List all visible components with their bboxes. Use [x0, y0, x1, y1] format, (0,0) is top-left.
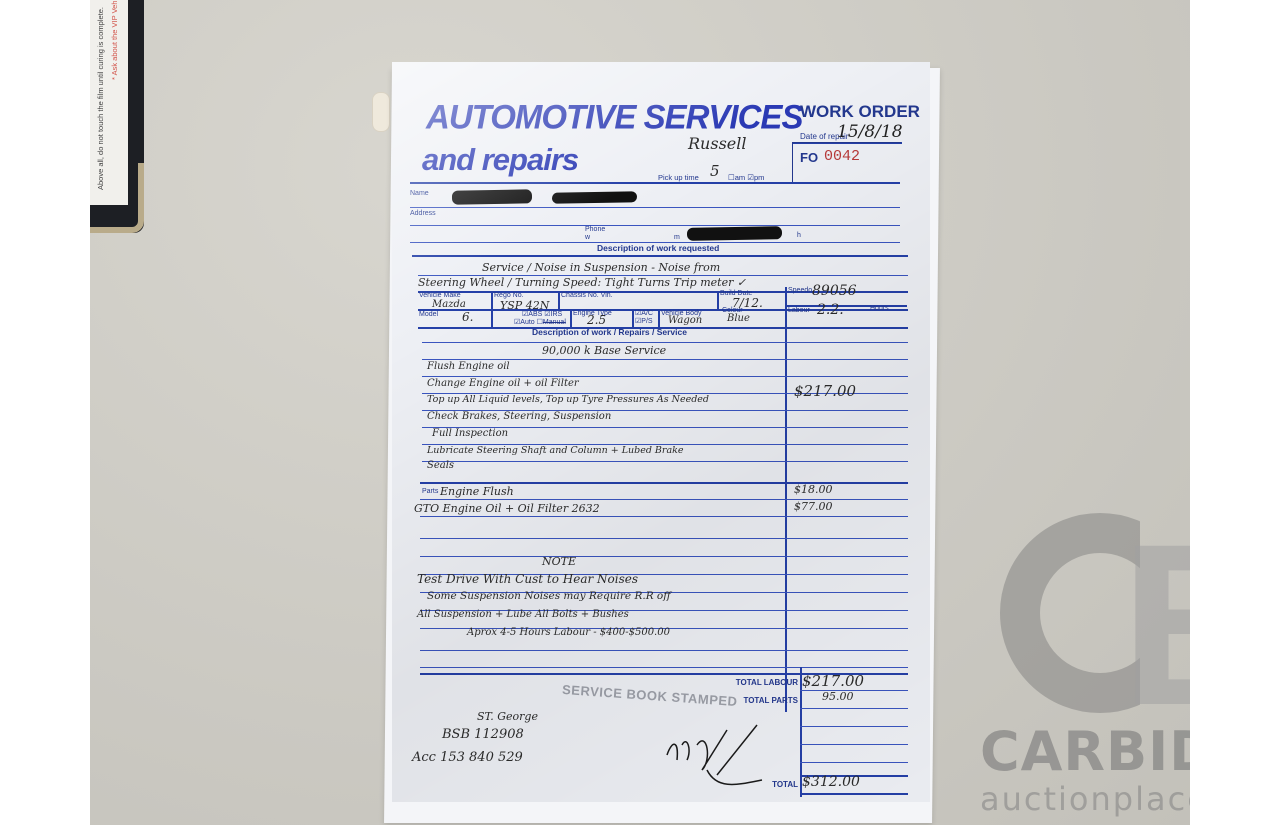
- redacted-name: [452, 189, 532, 204]
- hours-label: Hours: [870, 305, 889, 312]
- work-requested-line: Service / Noise in Suspension - Noise fr…: [482, 261, 720, 274]
- work-line: Change Engine oil + oil Filter: [427, 378, 579, 389]
- pickup-label: Pick up time: [658, 173, 699, 182]
- binder-corner: [90, 163, 144, 233]
- model-label: Model: [419, 311, 438, 318]
- pickup-ampm: ☐am ☑pm: [728, 173, 764, 182]
- divider: [800, 744, 908, 745]
- work-line: Seals: [427, 460, 454, 471]
- ruled-line: [422, 376, 908, 377]
- part-amount: $77.00: [794, 500, 833, 513]
- divider: [658, 309, 660, 327]
- divider: [800, 708, 908, 709]
- divider: [800, 793, 908, 795]
- tape-curl: [372, 92, 390, 132]
- ruled-line: [422, 461, 908, 462]
- address-label: Address: [410, 210, 436, 217]
- bank-name: ST. George: [477, 710, 538, 723]
- work-line: Check Brakes, Steering, Suspension: [427, 411, 611, 422]
- divider: [410, 225, 900, 226]
- pm-label: pm: [754, 173, 764, 182]
- b-logo-icon: B: [1120, 510, 1190, 740]
- divider: [410, 182, 900, 184]
- ps-label: P/S: [641, 318, 652, 325]
- ruled-line: [420, 556, 908, 557]
- redacted-surname: [552, 191, 637, 203]
- phone-m-label: m: [674, 234, 680, 241]
- pm-checkbox-icon: ☑: [747, 173, 754, 182]
- note-line: All Suspension + Lube All Bolts + Bushes: [417, 609, 629, 620]
- transmission-options: ☑Auto ☐Manual: [514, 318, 566, 326]
- ruled-line: [422, 342, 908, 343]
- part-amount: $18.00: [794, 483, 833, 496]
- fo-label: FO: [800, 150, 818, 165]
- ruled-line: [420, 516, 908, 517]
- divider: [800, 762, 908, 763]
- divider: [410, 207, 900, 208]
- vehicle-make-label: Vehicle Make: [419, 292, 461, 299]
- phone-h-label: h: [797, 232, 801, 239]
- speedo-value: 89056: [812, 283, 857, 299]
- watermark-brand: CARBIDS: [980, 720, 1190, 783]
- fo-number: 0042: [824, 148, 860, 165]
- binder: Above all, do not touch the film until c…: [90, 0, 144, 233]
- note-title: NOTE: [542, 555, 576, 568]
- pickup-value: 5: [710, 162, 720, 180]
- total-labour-value: $217.00: [802, 672, 864, 690]
- part-desc: GTO Engine Oil + Oil Filter 2632: [414, 502, 600, 515]
- ruled-line: [420, 667, 908, 668]
- work-line: Full Inspection: [432, 428, 508, 439]
- work-amount: $217.00: [794, 382, 856, 400]
- vehicle-body-value: Wagon: [668, 315, 702, 326]
- work-requested-title: Description of work requested: [597, 243, 719, 253]
- total-value: $312.00: [802, 774, 860, 790]
- name-label: Name: [410, 190, 429, 197]
- am-label: am: [735, 173, 745, 182]
- irs-label: IRS: [551, 311, 563, 318]
- date-value: 15/8/18: [837, 122, 903, 142]
- bank-account: Acc 153 840 529: [412, 750, 523, 765]
- divider: [570, 309, 572, 327]
- divider: [420, 482, 908, 484]
- note-line: Some Suspension Noises may Require R.R o…: [427, 590, 671, 602]
- work-requested-line: Steering Wheel / Turning Speed: Tight Tu…: [418, 276, 746, 289]
- bank-bsb: BSB 112908: [442, 727, 524, 742]
- doc-type: WORK ORDER: [800, 102, 920, 122]
- total-parts-value: 95.00: [822, 690, 854, 703]
- divider: [558, 291, 560, 309]
- signature-icon: [657, 700, 767, 790]
- phone-label: Phone: [585, 226, 605, 233]
- model-value: 6.: [462, 310, 473, 324]
- ac-ps-options: ☑A/C ☑P/S: [635, 310, 653, 326]
- phone-w-label: w: [585, 234, 590, 241]
- part-desc: Engine Flush: [440, 485, 514, 498]
- divider: [800, 726, 908, 727]
- ruled-line: [420, 538, 908, 539]
- fingerprint-c-logo-icon: [1000, 513, 1190, 713]
- top-signature: Russell: [688, 134, 746, 153]
- ac-label: A/C: [641, 310, 653, 317]
- company-title: AUTOMOTIVE SERVICES: [426, 97, 802, 137]
- work-title: Description of work / Repairs / Service: [532, 327, 687, 337]
- work-order: AUTOMOTIVE SERVICES and repairs Russell …: [392, 62, 930, 802]
- work-line: Flush Engine oil: [427, 361, 510, 372]
- divider: [717, 291, 719, 309]
- abs-irs-options: ☑ABS ☑IRS: [522, 310, 562, 318]
- work-line: Top up All Liquid levels, Top up Tyre Pr…: [427, 394, 709, 405]
- speedo-label: Speedo: [788, 287, 812, 294]
- am-checkbox-icon: ☐: [728, 173, 735, 182]
- redacted-phone: [687, 226, 782, 241]
- colour-value: Blue: [727, 313, 750, 324]
- total-labour-label: TOTAL LABOUR: [722, 678, 798, 687]
- parts-label: Parts: [422, 488, 438, 495]
- photo: Above all, do not touch the film until c…: [90, 0, 1190, 825]
- abs-label: ABS: [528, 311, 542, 318]
- chassis-label: Chassis No. Vin.: [561, 292, 613, 299]
- ruled-line: [420, 499, 908, 500]
- divider: [800, 690, 908, 691]
- ruled-line: [422, 359, 908, 360]
- carbids-watermark: B CARBIDS auctionplace: [980, 505, 1190, 825]
- note-line: Test Drive With Cust to Hear Noises: [417, 572, 638, 586]
- work-line: Lubricate Steering Shaft and Column + Lu…: [427, 445, 684, 456]
- binder-promo-text: * Ask about the VIP Vehicle: [110, 0, 119, 80]
- labour-label: Labour: [788, 307, 810, 314]
- rego-label: Rego No.: [494, 292, 524, 299]
- note-line: Aprox 4-5 Hours Labour - $400-$500.00: [467, 627, 670, 638]
- company-subtitle: and repairs: [422, 142, 578, 178]
- labour-value: 2.2.: [817, 302, 844, 318]
- manual-label: Manual: [543, 319, 566, 326]
- divider: [632, 309, 634, 327]
- divider: [412, 255, 908, 257]
- engine-type-value: 2.5: [587, 313, 606, 327]
- ruled-line: [420, 650, 908, 651]
- auto-label: Auto: [520, 319, 534, 326]
- work-line: 90,000 k Base Service: [542, 344, 666, 357]
- watermark-sub: auctionplace: [980, 780, 1190, 818]
